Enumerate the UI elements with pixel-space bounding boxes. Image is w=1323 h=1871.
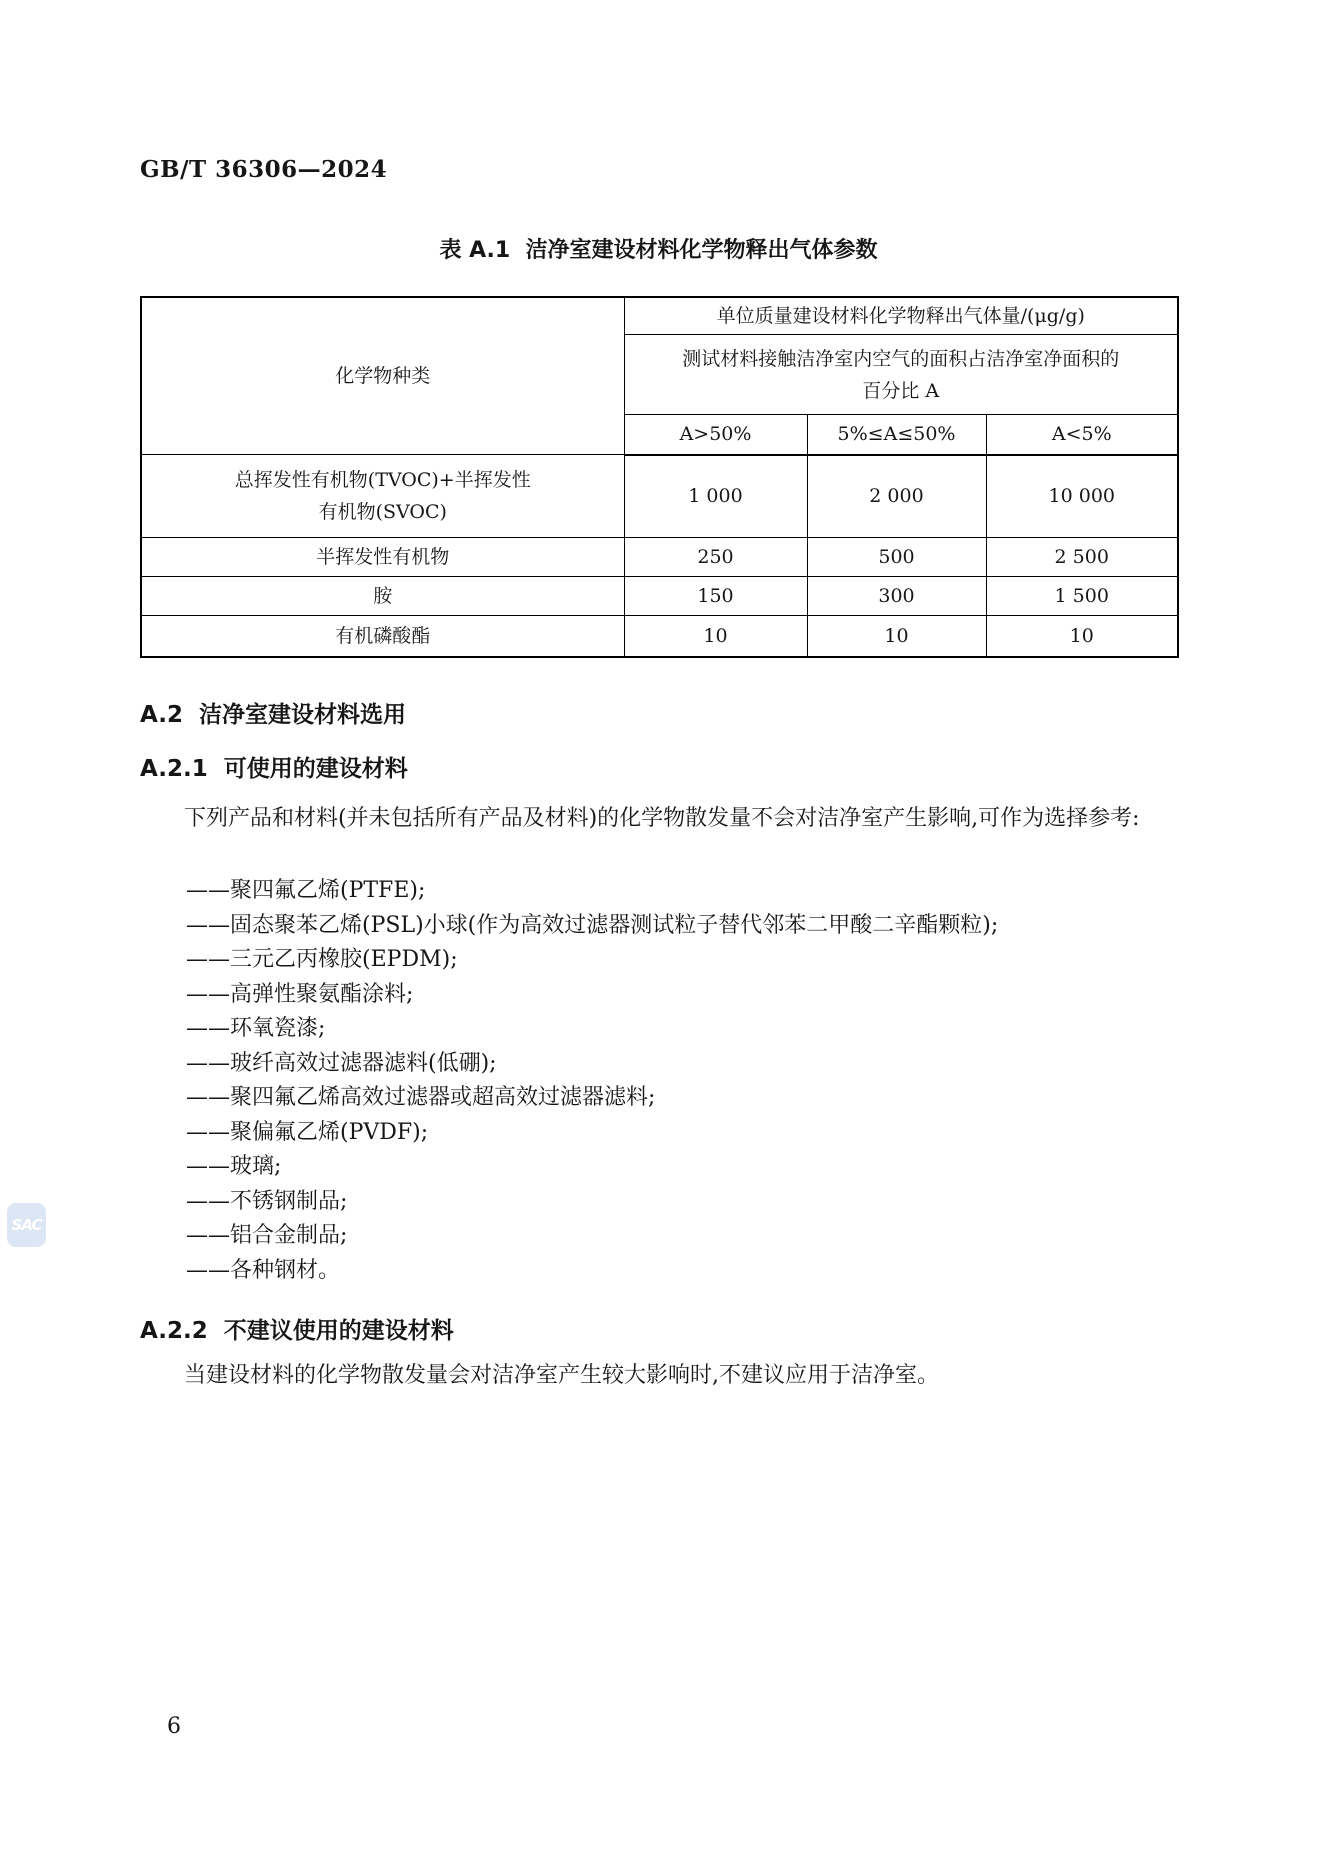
table-header-col-a-mid: 5%≤A≤50%: [807, 415, 986, 455]
cell-value: 300: [807, 577, 986, 616]
table-row: 胺 150 300 1 500: [141, 577, 1178, 616]
list-item: ——铝合金制品;: [186, 1219, 998, 1254]
list-item: ——不锈钢制品;: [186, 1185, 998, 1220]
table-header-col-a-gt-50: A>50%: [624, 415, 807, 455]
section-heading-a22: A.2.2 不建议使用的建设材料: [140, 1312, 454, 1345]
cell-value: 10: [986, 616, 1178, 657]
table-row: 总挥发性有机物(TVOC)+半挥发性 有机物(SVOC) 1 000 2 000…: [141, 455, 1178, 538]
cell-value: 1 000: [624, 455, 807, 538]
row-label-amine: 胺: [141, 577, 624, 616]
table-header-chemical-type: 化学物种类: [141, 297, 624, 455]
page-number: 6: [167, 1714, 181, 1739]
list-item: ——聚四氟乙烯高效过滤器或超高效过滤器滤料;: [186, 1081, 998, 1116]
section-heading-a21: A.2.1 可使用的建设材料: [140, 750, 408, 783]
row-label-svoc: 半挥发性有机物: [141, 538, 624, 577]
list-item: ——玻纤高效过滤器滤料(低硼);: [186, 1047, 998, 1082]
cell-value: 1 500: [986, 577, 1178, 616]
row-label-tvoc-svoc: 总挥发性有机物(TVOC)+半挥发性 有机物(SVOC): [141, 455, 624, 538]
list-item: ——三元乙丙橡胶(EPDM);: [186, 943, 998, 978]
materials-table: 化学物种类 单位质量建设材料化学物释出气体量/(μg/g) 测试材料接触洁净室内…: [140, 296, 1179, 658]
list-item: ——聚四氟乙烯(PTFE);: [186, 874, 998, 909]
list-item: ——各种钢材。: [186, 1254, 998, 1289]
list-item: ——玻璃;: [186, 1150, 998, 1185]
cell-value: 10: [807, 616, 986, 657]
a22-body-paragraph: 当建设材料的化学物散发量会对洁净室产生较大影响时,不建议应用于洁净室。: [140, 1358, 1183, 1393]
table-row: 半挥发性有机物 250 500 2 500: [141, 538, 1178, 577]
allowed-materials-list: ——聚四氟乙烯(PTFE); ——固态聚苯乙烯(PSL)小球(作为高效过滤器测试…: [140, 874, 998, 1288]
section-heading-a2: A.2 洁净室建设材料选用: [140, 696, 406, 729]
list-item: ——高弹性聚氨酯涂料;: [186, 978, 998, 1013]
standard-code: GB/T 36306—2024: [140, 156, 387, 183]
list-item: ——环氧瓷漆;: [186, 1012, 998, 1047]
list-item: ——聚偏氟乙烯(PVDF);: [186, 1116, 998, 1151]
table-caption: 表 A.1 洁净室建设材料化学物释出气体参数: [140, 233, 1177, 264]
row-label-organophosphate: 有机磷酸酯: [141, 616, 624, 657]
cell-value: 10: [624, 616, 807, 657]
cell-value: 500: [807, 538, 986, 577]
table-header-span-subtitle: 测试材料接触洁净室内空气的面积占洁净室净面积的 百分比 A: [624, 335, 1178, 415]
sac-watermark-logo: SAC: [7, 1203, 46, 1247]
a21-intro-paragraph: 下列产品和材料(并未包括所有产品及材料)的化学物散发量不会对洁净室产生影响,可作…: [140, 801, 1183, 836]
table-header-col-a-lt-5: A<5%: [986, 415, 1178, 455]
list-item: ——固态聚苯乙烯(PSL)小球(作为高效过滤器测试粒子替代邻苯二甲酸二辛酯颗粒)…: [186, 909, 998, 944]
cell-value: 2 000: [807, 455, 986, 538]
cell-value: 150: [624, 577, 807, 616]
document-page: GB/T 36306—2024 表 A.1 洁净室建设材料化学物释出气体参数 化…: [0, 0, 1323, 1871]
table-header-span-title: 单位质量建设材料化学物释出气体量/(μg/g): [624, 297, 1178, 335]
cell-value: 2 500: [986, 538, 1178, 577]
cell-value: 250: [624, 538, 807, 577]
cell-value: 10 000: [986, 455, 1178, 538]
table-row: 有机磷酸酯 10 10 10: [141, 616, 1178, 657]
